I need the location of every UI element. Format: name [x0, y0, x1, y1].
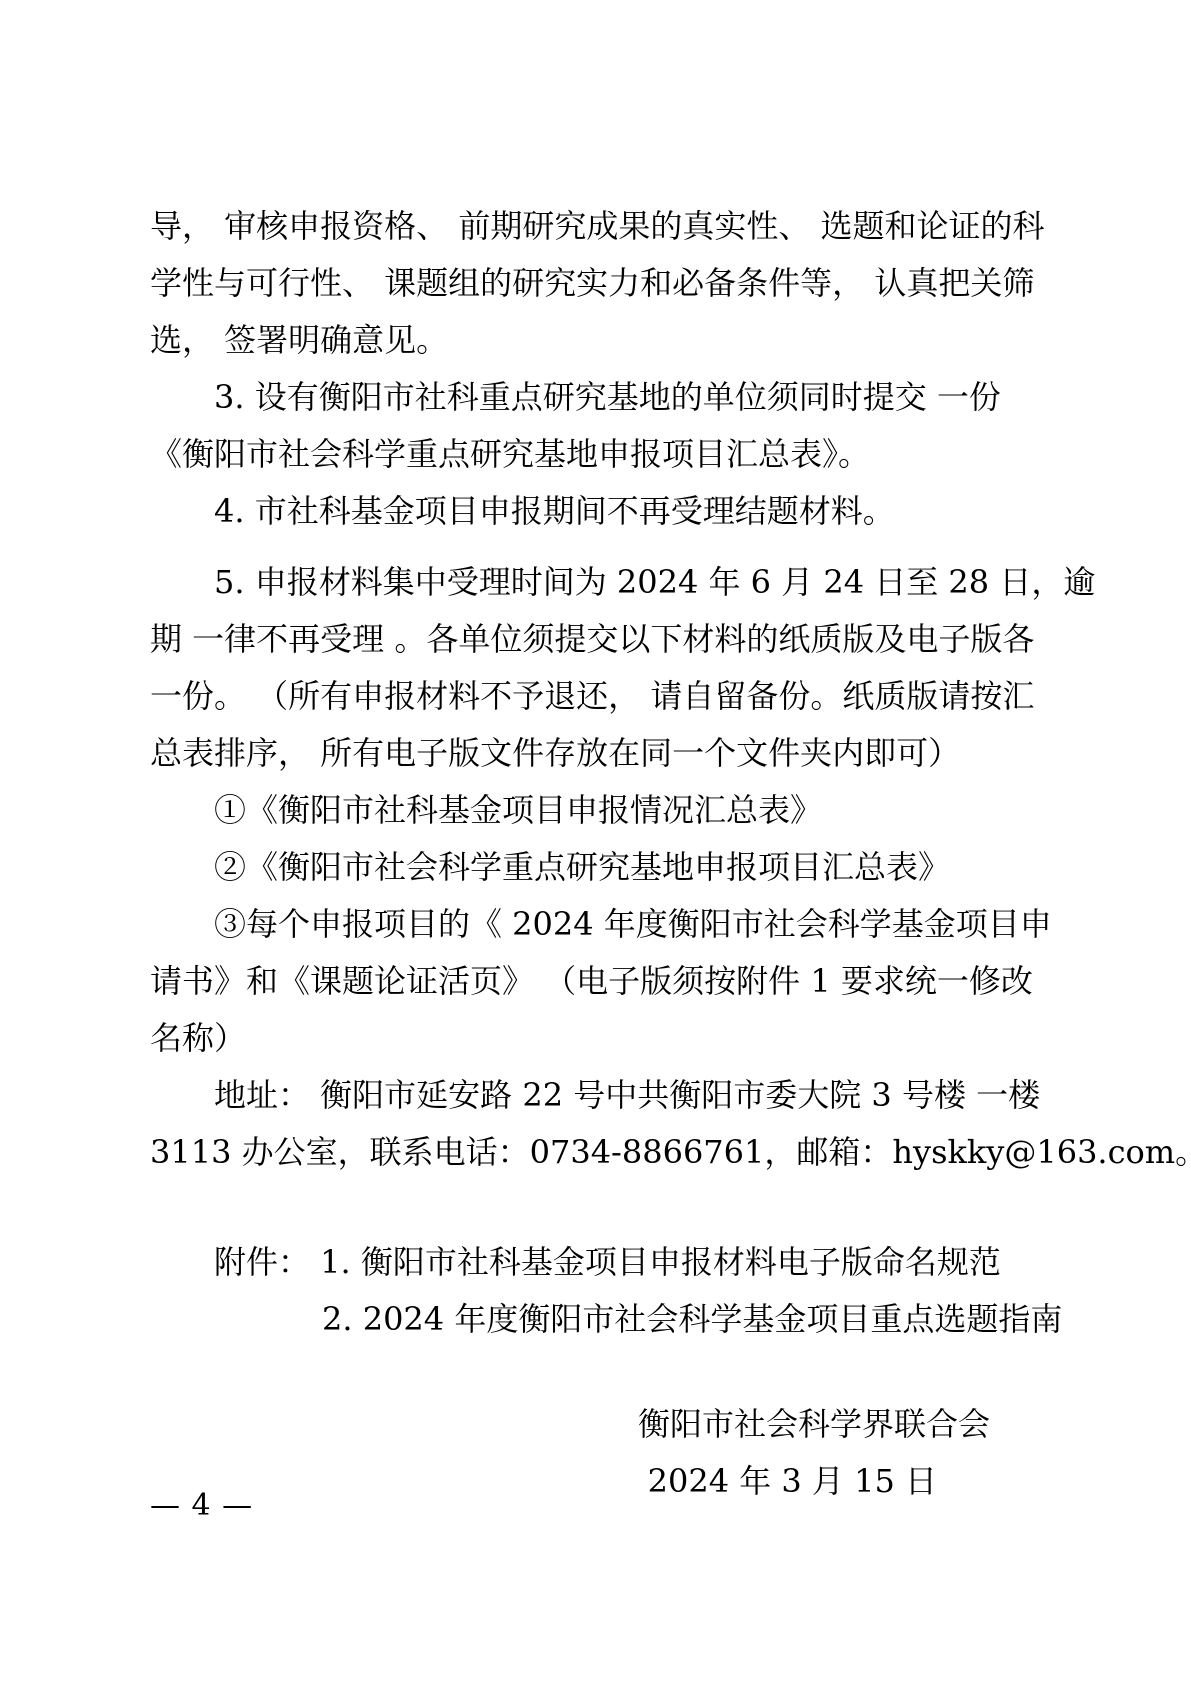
attachment-item: 附件： 1. 衡阳市社科基金项目申报材料电子版命名规范 — [150, 1234, 1030, 1291]
issuing-authority: 衡阳市社会科学界联合会 — [150, 1396, 1030, 1453]
page-number: — 4 — — [150, 1488, 253, 1524]
contact-line: 3113 办公室，联系电话：0734-8866761，邮箱：hyskky@163… — [150, 1124, 1030, 1181]
item-5-line: 一份。 （所有申报材料不予退还， 请自留备份。纸质版请按汇 — [150, 668, 1030, 725]
item-3-line: 3. 设有衡阳市社科重点研究基地的单位须同时提交 一份 — [150, 369, 1030, 426]
material-1-line: ①《衡阳市社科基金项目申报情况汇总表》 — [150, 782, 1030, 839]
item-3-line: 《衡阳市社会科学重点研究基地申报项目汇总表》。 — [150, 426, 1030, 483]
item-4-line: 4. 市社科基金项目申报期间不再受理结题材料。 — [150, 483, 1030, 540]
material-2-line: ②《衡阳市社会科学重点研究基地申报项目汇总表》 — [150, 839, 1030, 896]
body-line: 导， 审核申报资格、 前期研究成果的真实性、 选题和论证的科 — [150, 198, 1030, 255]
material-3-line: 名称） — [150, 1010, 1030, 1067]
document-body: 导， 审核申报资格、 前期研究成果的真实性、 选题和论证的科学性与可行性、 课题… — [150, 198, 1030, 1510]
material-3-line: 请书》和《课题论证活页》 （电子版须按附件 1 要求统一修改 — [150, 953, 1030, 1010]
item-5-line: 总表排序， 所有电子版文件存放在同一个文件夹内即可） — [150, 725, 1030, 782]
address-line: 地址： 衡阳市延安路 22 号中共衡阳市委大院 3 号楼 一楼 — [150, 1067, 1030, 1124]
item-5-line: 5. 申报材料集中受理时间为 2024 年 6 月 24 日至 28 日，逾 — [150, 554, 1030, 611]
body-line: 学性与可行性、 课题组的研究实力和必备条件等， 认真把关筛 — [150, 255, 1030, 312]
attachment-item: 2. 2024 年度衡阳市社会科学基金项目重点选题指南 — [150, 1291, 1030, 1348]
document-page: 导， 审核申报资格、 前期研究成果的真实性、 选题和论证的科学性与可行性、 课题… — [0, 0, 1191, 1684]
body-line: 选， 签署明确意见。 — [150, 312, 1030, 369]
item-5-line: 期 一律不再受理 。各单位须提交以下材料的纸质版及电子版各 — [150, 611, 1030, 668]
issue-date: 2024 年 3 月 15 日 — [150, 1453, 1030, 1510]
material-3-line: ③每个申报项目的《 2024 年度衡阳市社会科学基金项目申 — [150, 896, 1030, 953]
